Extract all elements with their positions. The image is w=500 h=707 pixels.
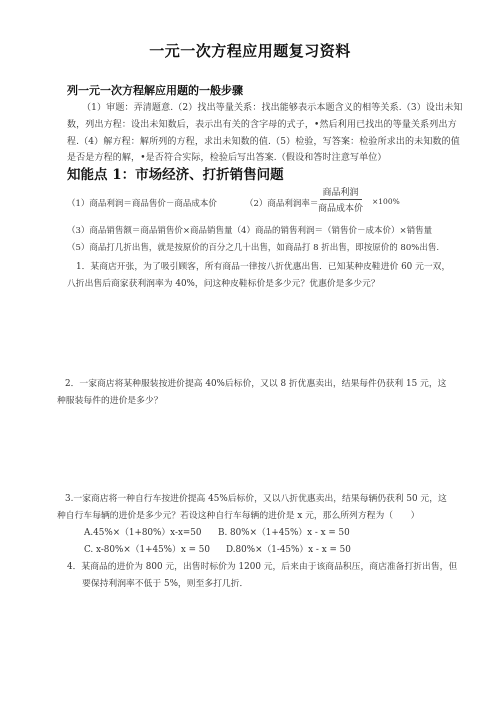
formula-percent-suffix: ×100% [372, 197, 400, 206]
question-3-line-2: 种自行车每辆的进价是多少元？若设这种自行车每辆的进价是 x 元，那么所列方程为（… [57, 508, 419, 521]
question-4-line-1: 4．某商品的进价为 800 元，出售时标价为 1200 元，后来由于该商品积压，… [67, 559, 457, 572]
question-3-option-c: C. x-80%×（1+45%）x = 50 [84, 542, 210, 555]
question-2-line-2: 种服装每件的进价是多少？ [57, 393, 163, 406]
steps-heading: 列一元一次方程解应用题的一般步骤 [67, 82, 243, 98]
question-1-line-2: 八折出售后商家获利润率为 40%，问这种皮鞋标价是多少元？优惠价是多少元？ [67, 276, 380, 289]
question-2-line-1: 2．一家商店将某种服装按进价提高 40%后标价，又以 8 折优惠卖出，结果每件仍… [65, 376, 446, 389]
steps-line-4: 是否是方程的解，•是否符合实际，检验后写出答案.（假设和答时注意写单位） [67, 150, 387, 163]
fraction-denominator: 商品成本价 [318, 200, 363, 214]
steps-line-3: 程.（4）解方程：解所列的方程，求出未知数的值.（5）检验，写答案：检验所求出的… [67, 134, 460, 147]
question-1-line-1: 1．某商店开张，为了吸引顾客，所有商品一律按八折优惠出售．已知某种皮鞋进价 60… [76, 259, 450, 272]
question-3-option-b: B. 80%×（1+45%）x - x = 50 [218, 525, 350, 538]
formula-profit: （1）商品利润＝商品售价－商品成本价 [67, 197, 217, 209]
question-4-line-2: 要保持利润率不低于 5%，则至多打几折． [82, 576, 248, 589]
formula-profit-rate-label: （2）商品利润率＝ [245, 197, 318, 209]
formula-sales-amount: （3）商品销售额＝商品销售价×商品销售量（4）商品的销售利润＝（销售价－成本价）… [67, 224, 432, 236]
question-3-line-1: 3.一家商店将一种自行车按进价提高 45%后标价，又以八折优惠卖出，结果每辆仍获… [65, 491, 447, 504]
knowledge-point-heading: 知能点 1：市场经济、打折销售问题 [67, 163, 284, 183]
question-3-option-a: A.45%×（1+80%）x-x=50 [84, 525, 202, 538]
formula-profit-rate-fraction: 商品利润 商品成本价 [318, 185, 363, 214]
fraction-numerator: 商品利润 [320, 185, 362, 200]
question-3-option-d: D.80%×（1-45%）x - x = 50 [226, 542, 351, 555]
document-title: 一元一次方程应用题复习资料 [0, 40, 500, 61]
formula-discount: （5）商品打几折出售，就是按原价的百分之几十出售，如商品打 8 折出售，即按原价… [67, 241, 439, 253]
steps-line-2: 数，列出方程：设出未知数后，表示出有关的含字母的式子，•然后利用已找出的等量关系… [67, 117, 457, 130]
steps-line-1: （1）审题：弄清题意.（2）找出等量关系：找出能够表示本题含义的相等关系.（3）… [82, 100, 463, 113]
